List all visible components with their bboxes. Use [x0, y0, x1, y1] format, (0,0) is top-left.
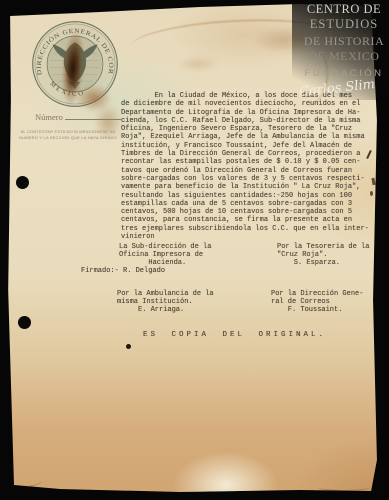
margin-ink-mark [370, 191, 373, 196]
hole-punch-top [16, 176, 29, 189]
ink-dot [126, 344, 131, 349]
signature-block-correos: Por la Dirección Gene- ral de Correos F.… [271, 290, 363, 315]
document-photo: DIRECCIÓN GENERAL DE CORREOS MEXICO Núme… [0, 0, 389, 500]
archive-watermark: CENTRO DE ESTUDIOS DE HISTORIA DE MEXICO… [300, 2, 388, 96]
watermark-line-4: DE MEXICO [300, 49, 388, 64]
reply-note-line-1: AL CONTESTAR ESTA NOTA MENCIONESE SU [16, 129, 120, 135]
stain-blotch-mid [176, 56, 220, 72]
signature-block-tesoreria: Por la Tesoreria de la "Cruz Roja". S. E… [277, 243, 369, 268]
signature-block-subdireccion: La Sub-dirección de la Oficina Impresora… [119, 243, 211, 268]
margin-ink-blob [377, 236, 382, 244]
reply-note-line-2: NUMERO Y LA SECCION QUE LA HAYA GIRADO [16, 135, 120, 141]
watermark-line-2: ESTUDIOS [300, 17, 388, 32]
signature-block-ambulancia: Por la Ambulancia de la misma Institució… [117, 290, 214, 315]
reply-note: AL CONTESTAR ESTA NOTA MENCIONESE SU NUM… [16, 129, 120, 140]
stain-scribble-bottom-left [10, 477, 43, 489]
numero-field: Número [35, 112, 121, 122]
signature-firmado: Firmado:- R. Delgado [81, 267, 165, 275]
watermark-line-1: CENTRO DE [300, 2, 388, 17]
numero-label: Número [35, 112, 63, 122]
copy-certification: ES COPIA DEL ORIGINAL. [143, 331, 326, 339]
hole-punch-bottom [18, 316, 31, 329]
numero-blank-line [65, 112, 121, 120]
margin-ink-mark [371, 178, 375, 185]
watermark-line-3: DE HISTORIA [300, 34, 388, 49]
stain-scribble-bottom-right [318, 484, 370, 491]
body-paragraph: En la Ciudad de México, a los doce dias … [121, 92, 369, 241]
